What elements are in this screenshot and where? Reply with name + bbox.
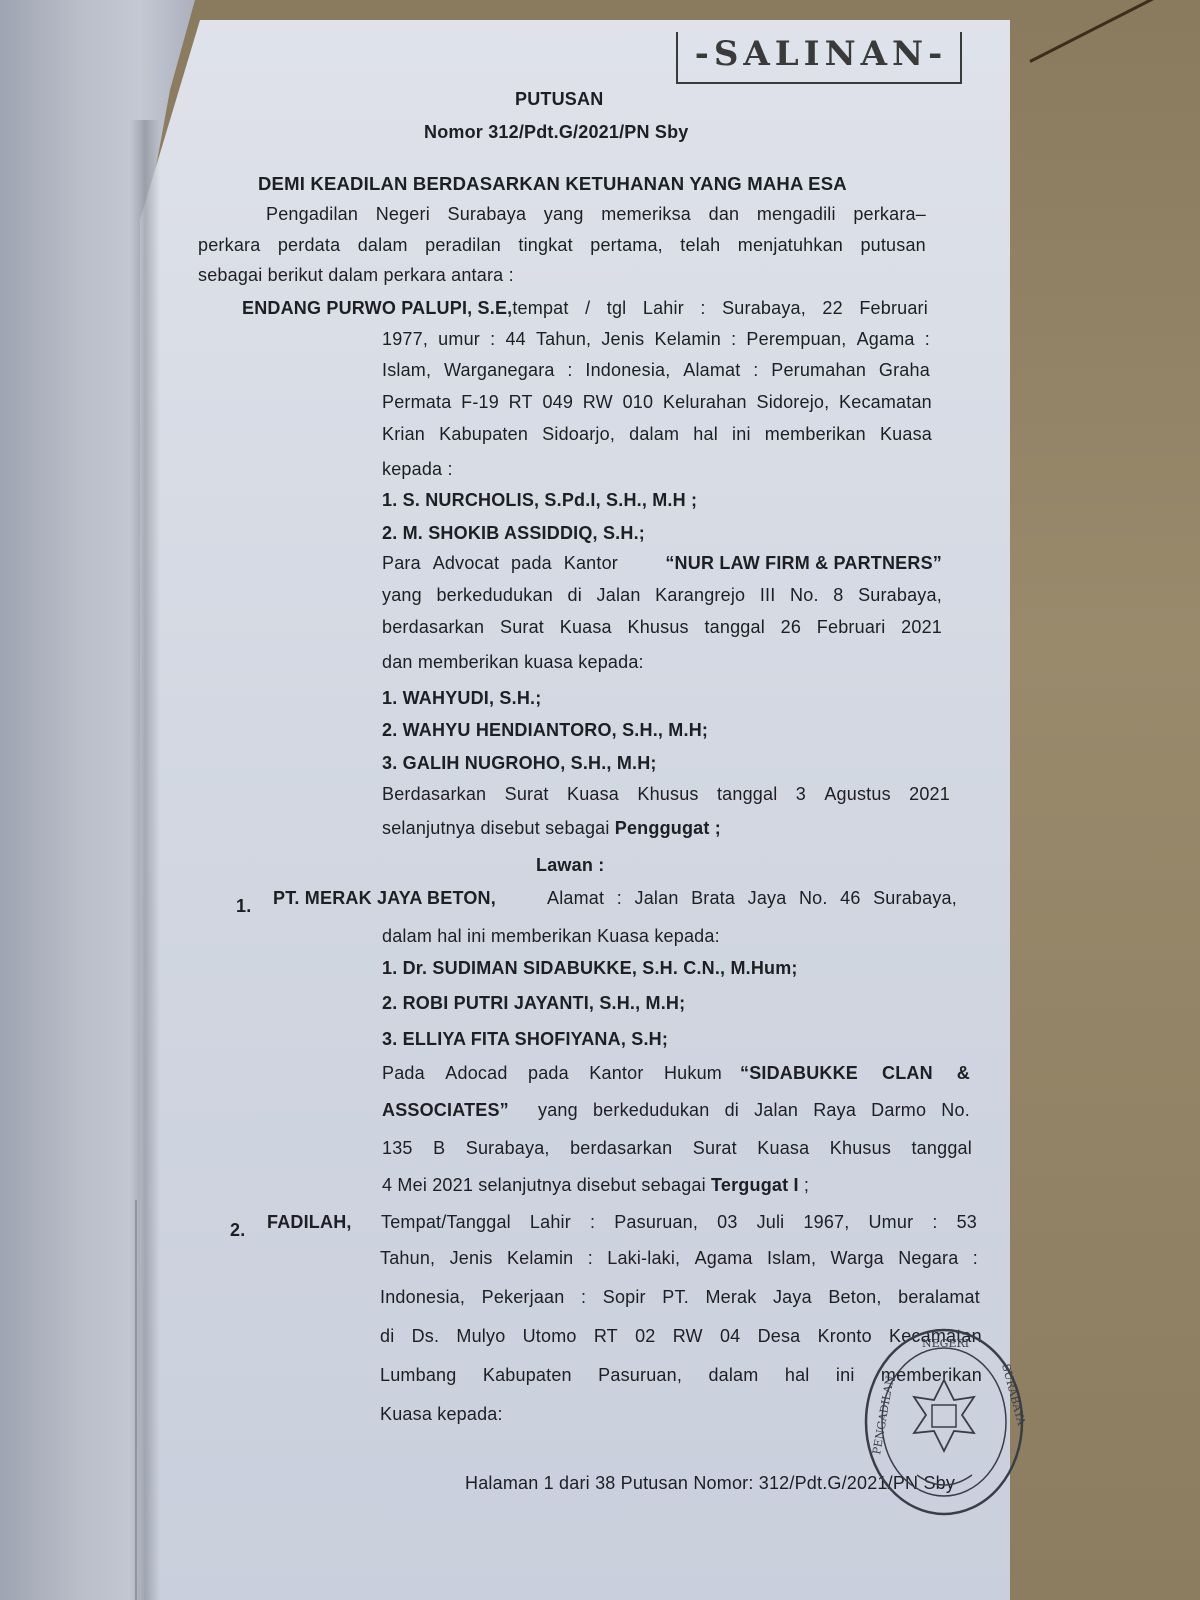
word: Jalan	[597, 585, 641, 606]
word: Surat	[693, 1138, 737, 1159]
seal-text-top: NEGERI	[922, 1337, 969, 1350]
word: 26	[781, 617, 801, 638]
word: Pasuruan,	[614, 1212, 698, 1233]
seal-text-right: SURABAYA	[999, 1362, 1027, 1427]
word: No.	[799, 888, 828, 909]
word: Jaya	[773, 1287, 812, 1308]
word: Karangrejo	[655, 585, 745, 606]
plaintiff-poa-line: BerdasarkanSuratKuasaKhusustanggal3Agust…	[382, 784, 950, 805]
word: 53	[957, 1212, 977, 1233]
word: Permata	[382, 392, 451, 413]
substitution-label: dan memberikan kuasa kepada:	[382, 652, 644, 673]
word: hal	[785, 1365, 810, 1386]
word: pada	[528, 1063, 569, 1084]
word: Indonesia,	[380, 1287, 465, 1308]
word: Jalan	[635, 888, 679, 909]
plaintiff-line-4: PermataF-19RT049RW010KelurahanSidorejo,K…	[382, 392, 932, 413]
word: perkara	[198, 235, 260, 256]
word: :	[753, 360, 758, 381]
word: RW	[673, 1326, 703, 1347]
word: Kuasa	[757, 1138, 809, 1159]
word: Kabupaten	[483, 1365, 572, 1386]
word: CLAN	[882, 1063, 933, 1084]
word: Kuasa	[880, 424, 932, 445]
word: Februari	[817, 617, 886, 638]
plaintiff-line-3: Islam,Warganegara:Indonesia,Alamat:Perum…	[382, 360, 930, 381]
word: :	[590, 1212, 595, 1233]
word: Jenis	[601, 329, 644, 350]
word: yang	[538, 1100, 578, 1121]
counsel-item: 1. Dr. SUDIMAN SIDABUKKE, S.H. C.N., M.H…	[382, 958, 798, 979]
defendant-1-designation-line: 4 Mei 2021 selanjutnya disebut sebagai T…	[382, 1175, 809, 1196]
word: Surabaya,	[722, 298, 806, 319]
word: Agama	[857, 329, 915, 350]
word: “SIDABUKKE	[740, 1063, 858, 1084]
salinan-stamp: -SALINAN-	[690, 34, 952, 74]
word: 2021	[901, 617, 942, 638]
word: Alamat	[683, 360, 740, 381]
word: perkara–	[853, 204, 926, 225]
word: Khusus	[637, 784, 698, 805]
defendant-1-number: 1.	[236, 896, 251, 917]
word: Khusus	[628, 617, 689, 638]
word: Indonesia,	[585, 360, 670, 381]
word: berdasarkan	[382, 617, 484, 638]
tergugat-label: Tergugat I	[711, 1175, 799, 1195]
word: Surabaya,	[466, 1138, 550, 1159]
intro-line-3: sebagai berikut dalam perkara antara :	[198, 265, 514, 286]
word: Lumbang	[380, 1365, 456, 1386]
plaintiff-firm-poa: berdasarkanSuratKuasaKhusustanggal26Febr…	[382, 617, 942, 638]
document-title: PUTUSAN	[515, 89, 603, 110]
word: Lahir	[643, 298, 684, 319]
word: 1977,	[382, 329, 428, 350]
word: Perempuan,	[746, 329, 846, 350]
court-seal-icon: PENGADILAN NEGERI SURABAYA	[862, 1325, 1027, 1520]
word: B	[433, 1138, 445, 1159]
plaintiff-name: ENDANG PURWO PALUPI, S.E,	[242, 298, 512, 319]
word: dalam	[629, 424, 679, 445]
word: yang	[544, 204, 584, 225]
word: Negeri	[376, 204, 430, 225]
kepada-label: kepada :	[382, 459, 453, 480]
word: Kuasa	[560, 617, 612, 638]
word: :	[925, 329, 930, 350]
word: 2021	[909, 784, 950, 805]
counsel-item: 1. S. NURCHOLIS, S.Pd.I, S.H., M.H ;	[382, 490, 697, 511]
word: Jaya	[748, 888, 787, 909]
word: Tempat/Tanggal	[381, 1212, 511, 1233]
word: peradilan	[425, 235, 501, 256]
counsel-item: 2. WAHYU HENDIANTORO, S.H., M.H;	[382, 720, 708, 741]
word: No.	[941, 1100, 970, 1121]
word: dalam	[358, 235, 408, 256]
word: tanggal	[704, 617, 764, 638]
word: Laki-laki,	[607, 1248, 680, 1269]
word: Kelamin	[507, 1248, 573, 1269]
word: Agama	[695, 1248, 753, 1269]
word: umur	[438, 329, 480, 350]
word: Desa	[758, 1326, 801, 1347]
word: Surabaya,	[873, 888, 957, 909]
word: di	[568, 585, 582, 606]
word: Tahun,	[380, 1248, 435, 1269]
word: 46	[840, 888, 860, 909]
word: Kelamin	[655, 329, 721, 350]
word: ini	[732, 424, 751, 445]
defendant-1-name: PT. MERAK JAYA BETON,	[273, 888, 496, 909]
defendant-1-firm-line: PadaAdocadpadaKantorHukum “SIDABUKKECLAN…	[382, 1063, 970, 1084]
word: yang	[382, 585, 422, 606]
word: ini	[836, 1365, 855, 1386]
word: 8	[833, 585, 843, 606]
word: Lahir	[530, 1212, 571, 1233]
word: Sidoarjo,	[542, 424, 615, 445]
word: Tahun,	[536, 329, 591, 350]
word: 010	[623, 392, 654, 413]
word: Surabaya	[448, 204, 527, 225]
word: Umur	[868, 1212, 913, 1233]
word: Surat	[500, 617, 544, 638]
word: 1967,	[803, 1212, 849, 1233]
defendant-1-firm-line-3: 135BSurabaya,berdasarkanSuratKuasaKhusus…	[382, 1138, 972, 1159]
defendant-1-line-1: PT. MERAK JAYA BETON, Alamat:JalanBrataJ…	[273, 888, 957, 909]
word: No.	[790, 585, 819, 606]
word: Juli	[757, 1212, 785, 1233]
word: Beton,	[828, 1287, 881, 1308]
word: :	[617, 888, 622, 909]
word: Krian	[382, 424, 425, 445]
versus-label: Lawan :	[536, 855, 604, 876]
word: 03	[717, 1212, 737, 1233]
plaintiff-firm-address: yangberkedudukandiJalanKarangrejoIIINo.8…	[382, 585, 942, 606]
word: 04	[720, 1326, 740, 1347]
word: :	[932, 1212, 937, 1233]
defendant-2-number: 2.	[230, 1220, 245, 1241]
word: Utomo	[523, 1326, 577, 1347]
word: Perumahan	[771, 360, 866, 381]
word: Warga	[831, 1248, 884, 1269]
word: 135	[382, 1138, 413, 1159]
word: :	[490, 329, 495, 350]
word: di	[380, 1326, 394, 1347]
word: telah	[680, 235, 720, 256]
seal-text-left: PENGADILAN	[870, 1374, 897, 1455]
word: memberikan	[765, 424, 866, 445]
word: Jalan	[754, 1100, 798, 1121]
defendant-2-name: FADILAH,	[267, 1212, 352, 1233]
word: Sopir	[603, 1287, 646, 1308]
word: :	[731, 329, 736, 350]
counsel-item: 2. M. SHOKIB ASSIDDIQ, S.H.;	[382, 523, 645, 544]
word: RW	[583, 392, 613, 413]
word: Surabaya,	[858, 585, 942, 606]
word: Darmo	[871, 1100, 926, 1121]
word: di	[725, 1100, 739, 1121]
word: Kelurahan	[663, 392, 747, 413]
word: 049	[542, 392, 573, 413]
defendant-1-firm-line-2: ASSOCIATES” yangberkedudukandiJalanRayaD…	[382, 1100, 970, 1121]
word: tingkat	[518, 235, 572, 256]
word: hal	[693, 424, 718, 445]
word: RT	[509, 392, 533, 413]
word: Raya	[813, 1100, 856, 1121]
defendant-2-line-1: FADILAH, Tempat/TanggalLahir:Pasuruan,03…	[267, 1212, 977, 1233]
word: berdasarkan	[570, 1138, 672, 1159]
word: 44	[505, 329, 525, 350]
word: mengadili	[757, 204, 836, 225]
document-content: -SALINAN- PUTUSAN Nomor 312/Pdt.G/2021/P…	[0, 0, 1200, 1600]
word: berkedudukan	[436, 585, 553, 606]
word: menjatuhkan	[738, 235, 843, 256]
counsel-item: 1. WAHYUDI, S.H.;	[382, 688, 541, 709]
word: /	[585, 298, 590, 319]
word: tanggal	[717, 784, 777, 805]
word: III	[760, 585, 776, 606]
word: 02	[635, 1326, 655, 1347]
word: Kuasa	[567, 784, 619, 805]
counsel-item: 2. ROBI PUTRI JAYANTI, S.H., M.H;	[382, 993, 685, 1014]
word: tgl	[607, 298, 627, 319]
word: perdata	[278, 235, 340, 256]
word: Advocat	[433, 553, 499, 574]
word: Kantor	[564, 553, 618, 574]
intro-line-1: PengadilanNegeriSurabayayangmemeriksadan…	[266, 204, 926, 225]
word: Ds.	[412, 1326, 440, 1347]
word: pertama,	[590, 235, 663, 256]
word: tempat	[512, 298, 568, 319]
word: Kantor	[589, 1063, 643, 1084]
word: Pengadilan	[266, 204, 358, 225]
word: Berdasarkan	[382, 784, 486, 805]
word: Brata	[691, 888, 735, 909]
counsel-item: 3. GALIH NUGROHO, S.H., M.H;	[382, 753, 657, 774]
word: &	[957, 1063, 970, 1084]
word: RT	[594, 1326, 618, 1347]
defendant-2-line-2: Tahun,JenisKelamin:Laki-laki,AgamaIslam,…	[380, 1248, 978, 1269]
word: dan	[709, 204, 740, 225]
word: Graha	[879, 360, 930, 381]
intro-line-2: perkaraperdatadalamperadilantingkatperta…	[198, 235, 926, 256]
plaintiff-line-2: 1977,umur:44Tahun,JenisKelamin:Perempuan…	[382, 329, 930, 350]
word: :	[973, 1248, 978, 1269]
counsel-item: 3. ELLIYA FITA SHOFIYANA, S.H;	[382, 1029, 668, 1050]
word: 3	[796, 784, 806, 805]
defendant-2-line-3: Indonesia,Pekerjaan:SopirPT.MerakJayaBet…	[380, 1287, 980, 1308]
word: Pasuruan,	[598, 1365, 682, 1386]
case-number: Nomor 312/Pdt.G/2021/PN Sby	[424, 122, 689, 143]
word: :	[581, 1287, 586, 1308]
word: Pada	[382, 1063, 425, 1084]
plaintiff-designation-line: selanjutnya disebut sebagai Penggugat ;	[382, 818, 721, 839]
word: 22	[822, 298, 842, 319]
invocation: DEMI KEADILAN BERDASARKAN KETUHANAN YANG…	[258, 173, 847, 195]
word: dalam	[708, 1365, 758, 1386]
word: Para	[382, 553, 421, 574]
word: Februari	[859, 298, 928, 319]
word: berkedudukan	[593, 1100, 710, 1121]
word: Warganegara	[444, 360, 555, 381]
word: Pekerjaan	[482, 1287, 565, 1308]
word: Kabupaten	[439, 424, 528, 445]
word: Agustus	[824, 784, 890, 805]
word: Merak	[705, 1287, 756, 1308]
word: F-19	[461, 392, 499, 413]
word: putusan	[860, 235, 925, 256]
defendant-2-line-6: Kuasa kepada:	[380, 1404, 503, 1425]
word: Surat	[505, 784, 549, 805]
word: Mulyo	[456, 1326, 505, 1347]
word: Negara	[898, 1248, 958, 1269]
plaintiff-firm-line: ParaAdvocatpadaKantor “NUR LAW FIRM & PA…	[382, 553, 942, 574]
word: tanggal	[911, 1138, 971, 1159]
word: Alamat	[547, 888, 604, 909]
word: memeriksa	[601, 204, 691, 225]
word: Islam,	[382, 360, 431, 381]
word: Islam,	[767, 1248, 816, 1269]
word: pada	[511, 553, 552, 574]
plaintiff-firm-name: “NUR LAW FIRM & PARTNERS”	[665, 553, 942, 574]
word: Khusus	[830, 1138, 891, 1159]
word: beralamat	[898, 1287, 980, 1308]
penggugat-label: Penggugat ;	[615, 818, 721, 838]
plaintiff-line-5: KrianKabupatenSidoarjo,dalamhalinimember…	[382, 424, 932, 445]
word: Jenis	[450, 1248, 493, 1269]
plaintiff-line-1: ENDANG PURWO PALUPI, S.E, tempat/tglLahi…	[242, 298, 928, 319]
word: Hukum	[664, 1063, 722, 1084]
word: :	[700, 298, 705, 319]
word: Sidorejo,	[756, 392, 829, 413]
word: :	[588, 1248, 593, 1269]
word: PT.	[662, 1287, 689, 1308]
word: Adocad	[445, 1063, 507, 1084]
defendant-1-line-2: dalam hal ini memberikan Kuasa kepada:	[382, 926, 720, 947]
word: :	[567, 360, 572, 381]
word: Kecamatan	[839, 392, 932, 413]
